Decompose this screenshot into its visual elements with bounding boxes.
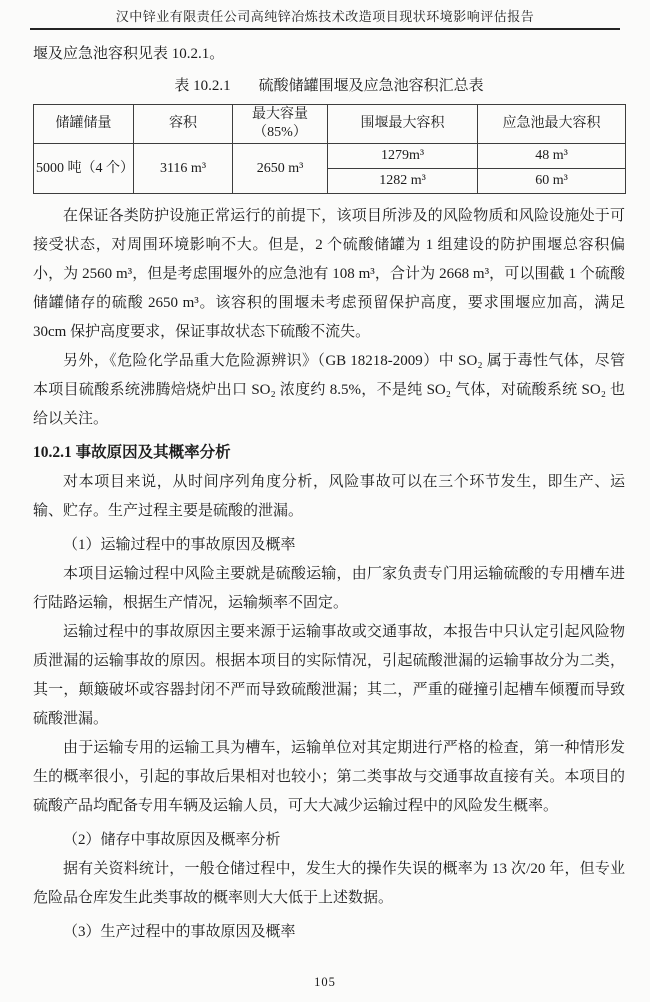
table-caption-label: 表 10.2.1 <box>174 78 230 94</box>
header-tank-storage: 储罐储量 <box>34 105 134 144</box>
cell-pool-value-2: 60 m³ <box>478 169 626 194</box>
intro-paragraph: 堰及应急池容积见表 10.2.1。 <box>33 40 625 69</box>
paragraph-transport-2: 运输过程中的事故原因主要来源于运输事故或交通事故，本报告中只认定引起风险物质泄漏… <box>33 618 625 734</box>
item2-heading: （2）储存中事故原因及概率分析 <box>33 826 625 855</box>
page-body: 堰及应急池容积见表 10.2.1。 表 10.2.1硫酸储罐围堰及应急池容积汇总… <box>0 30 650 947</box>
paragraph-transport-1: 本项目运输过程中风险主要就是硫酸运输，由厂家负责专门用运输硫酸的专用槽车进行陆路… <box>33 560 625 618</box>
section-heading: 10.2.1 事故原因及其概率分析 <box>33 438 625 468</box>
cell-dike-value-1: 1279m³ <box>328 144 478 169</box>
table-header-row: 储罐储量 容积 最大容量（85%） 围堰最大容积 应急池最大容积 <box>34 105 626 144</box>
paragraph-transport-3: 由于运输专用的运输工具为槽车，运输单位对其定期进行严格的检查，第一种情形发生的概… <box>33 734 625 821</box>
cell-pool-value-1: 48 m³ <box>478 144 626 169</box>
item1-heading: （1）运输过程中的事故原因及概率 <box>33 531 625 560</box>
header-pool-max-volume: 应急池最大容积 <box>478 105 626 144</box>
cell-volume: 3116 m³ <box>134 144 233 194</box>
item3-heading: （3）生产过程中的事故原因及概率 <box>33 918 625 947</box>
paragraph-protection: 在保证各类防护设施正常运行的前提下，该项目所涉及的风险物质和风险设施处于可接受状… <box>33 202 625 347</box>
running-header: 汉中锌业有限责任公司高纯锌冶炼技术改造项目现状环境影响评估报告 <box>0 0 650 25</box>
document-page: 汉中锌业有限责任公司高纯锌冶炼技术改造项目现状环境影响评估报告 堰及应急池容积见… <box>0 0 650 1002</box>
table-row: 5000 吨（4 个） 3116 m³ 2650 m³ 1279m³ 48 m³ <box>34 144 626 169</box>
cell-tank-storage: 5000 吨（4 个） <box>34 144 134 194</box>
sulfuric-acid-tank-summary-table: 储罐储量 容积 最大容量（85%） 围堰最大容积 应急池最大容积 5000 吨（… <box>33 104 626 194</box>
cell-dike-value-2: 1282 m³ <box>328 169 478 194</box>
cell-max-capacity: 2650 m³ <box>233 144 328 194</box>
page-number: 105 <box>0 975 650 990</box>
header-volume: 容积 <box>134 105 233 144</box>
table-caption: 表 10.2.1硫酸储罐围堰及应急池容积汇总表 <box>33 75 625 97</box>
paragraph-storage: 据有关资料统计，一般仓储过程中，发生大的操作失误的概率为 13 次/20 年，但… <box>33 855 625 913</box>
paragraph-timeline: 对本项目来说，从时间序列角度分析，风险事故可以在三个环节发生，即生产、运输、贮存… <box>33 468 625 526</box>
paragraph-so2: 另外，《危险化学品重大危险源辨识》（GB 18218-2009）中 SO₂ 属于… <box>33 347 625 434</box>
running-header-title: 汉中锌业有限责任公司高纯锌冶炼技术改造项目现状环境影响评估报告 <box>116 9 535 24</box>
header-dike-max-volume: 围堰最大容积 <box>328 105 478 144</box>
table-caption-title: 硫酸储罐围堰及应急池容积汇总表 <box>259 78 484 94</box>
header-max-capacity: 最大容量（85%） <box>233 105 328 144</box>
